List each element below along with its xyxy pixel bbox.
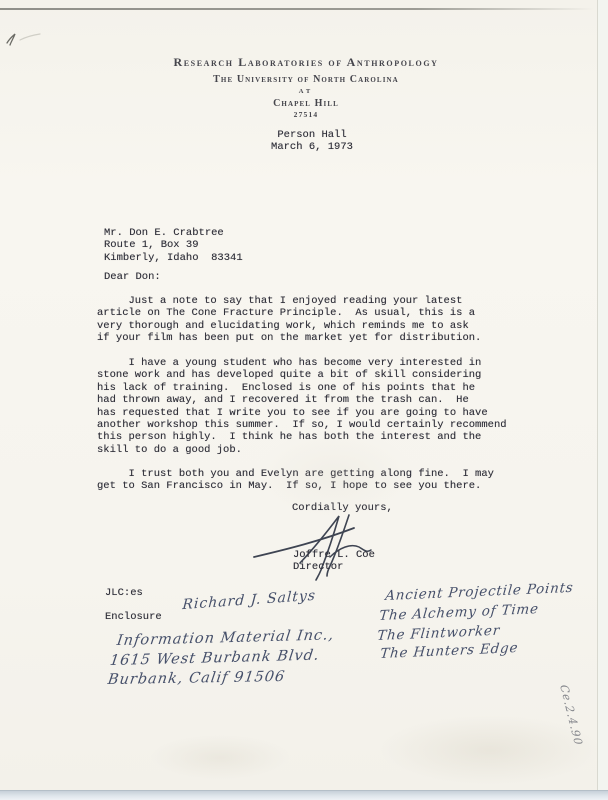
letterhead-organization: Research Laboratories of Anthropology bbox=[2, 55, 608, 70]
corner-pencil-mark bbox=[7, 34, 40, 45]
letter-page: Research Laboratories of Anthropology Th… bbox=[0, 0, 597, 792]
recipient-address: Mr. Don E. Crabtree Route 1, Box 39 Kimb… bbox=[104, 227, 243, 264]
dateline-date: March 6, 1973 bbox=[271, 141, 353, 153]
scan-top-edge-line bbox=[0, 8, 594, 10]
letterhead-zip: 27514 bbox=[2, 110, 608, 119]
handwritten-address-line-3: Burbank, Calif 91506 bbox=[107, 669, 287, 688]
handwritten-address-line-1: Information Material Inc., bbox=[116, 627, 335, 649]
body-paragraph-1: Just a note to say that I enjoyed readin… bbox=[97, 295, 481, 345]
reference-initials: JLC:es bbox=[105, 587, 143, 599]
signer-name-and-title: Joffre L. Coe Director bbox=[293, 549, 375, 574]
enclosure-notation: Enclosure bbox=[105, 611, 162, 623]
handwritten-address-line-2: 1615 West Burbank Blvd. bbox=[109, 648, 321, 670]
dateline: Person HallMarch 6, 1973 bbox=[8, 129, 608, 154]
scan-bottom-edge bbox=[0, 790, 608, 800]
handwritten-title-4: The Hunters Edge bbox=[379, 640, 519, 662]
salutation: Dear Don: bbox=[104, 271, 161, 283]
complimentary-closing: Cordially yours, bbox=[292, 502, 393, 514]
letterhead-connector: AT bbox=[2, 88, 608, 95]
scanned-letter-document: Research Laboratories of Anthropology Th… bbox=[0, 0, 608, 800]
letterhead: Research Laboratories of Anthropology Th… bbox=[2, 55, 608, 119]
dateline-location: Person Hall bbox=[277, 129, 346, 141]
handwritten-title-1: Ancient Projectile Points bbox=[384, 580, 574, 604]
catalog-number-annotation: Ce.2.4.90 bbox=[557, 684, 585, 746]
letterhead-institution: The University of North Carolina bbox=[2, 74, 608, 85]
handwritten-student-name: Richard J. Saltys bbox=[182, 588, 317, 613]
handwritten-title-2: The Alchemy of Time bbox=[378, 601, 539, 624]
body-paragraph-2: I have a young student who has become ve… bbox=[97, 357, 507, 456]
paper-smudge bbox=[150, 735, 290, 780]
scan-right-edge bbox=[597, 0, 608, 792]
body-paragraph-3: I trust both you and Evelyn are getting … bbox=[97, 468, 494, 493]
letterhead-city: Chapel Hill bbox=[2, 98, 608, 109]
